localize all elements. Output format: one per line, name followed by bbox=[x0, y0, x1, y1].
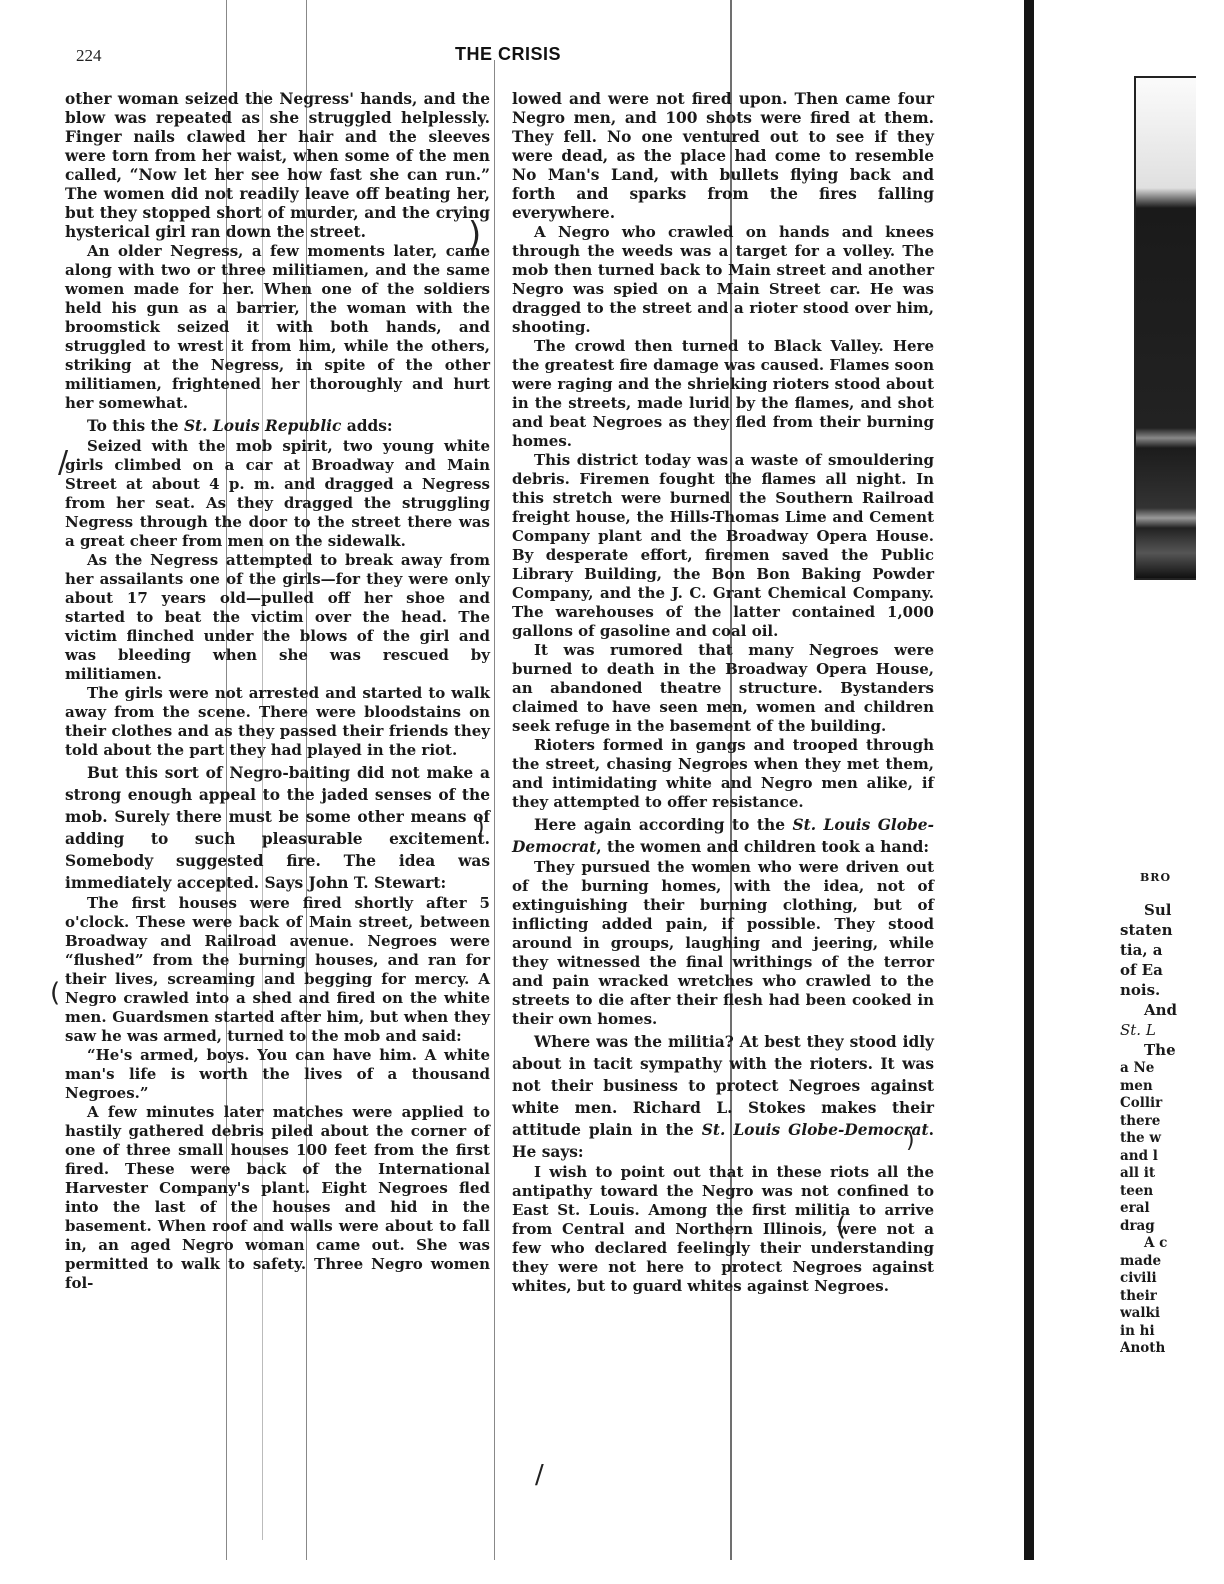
paragraph: A few minutes later matches were applied… bbox=[65, 1103, 490, 1293]
publication-title: St. Louis Republic bbox=[184, 417, 341, 435]
pen-mark: ) bbox=[906, 1128, 915, 1153]
text-fragment: of Ea bbox=[1120, 960, 1178, 980]
scan-artifact-line bbox=[494, 60, 495, 1560]
text-fragment: teen bbox=[1120, 1183, 1178, 1201]
text-fragment: walki bbox=[1120, 1305, 1178, 1323]
article-column-left: other woman seized the Negress' hands, a… bbox=[65, 90, 490, 1293]
text-fragment: civili bbox=[1120, 1270, 1178, 1288]
pen-mark: ( bbox=[50, 978, 60, 1008]
paragraph: It was rumored that many Negroes were bu… bbox=[512, 641, 934, 736]
pen-mark: ) bbox=[468, 215, 481, 255]
paragraph: They pursued the women who were driven o… bbox=[512, 858, 934, 1029]
adjacent-page-column: BRO Sulstatentia, aof Eanois.AndSt. LThe… bbox=[1120, 868, 1178, 1358]
text-fragment: tia, a bbox=[1120, 940, 1178, 960]
article-column-right: lowed and were not fired upon. Then came… bbox=[512, 90, 934, 1296]
text-fragment: A c bbox=[1120, 1235, 1178, 1253]
pen-mark: / bbox=[58, 445, 68, 480]
text-fragment: in hi bbox=[1120, 1323, 1178, 1341]
paragraph: Seized with the mob spirit, two young wh… bbox=[65, 437, 490, 551]
paragraph: Where was the militia? At best they stoo… bbox=[512, 1031, 934, 1163]
text-fragment: a Ne bbox=[1120, 1060, 1178, 1078]
paragraph: other woman seized the Negress' hands, a… bbox=[65, 90, 490, 242]
page-number: 224 bbox=[76, 46, 102, 66]
text-fragment: And bbox=[1120, 1000, 1178, 1020]
pen-mark: ) bbox=[476, 815, 485, 840]
paragraph: Here again according to the St. Louis Gl… bbox=[512, 814, 934, 858]
text-fragment: Anoth bbox=[1120, 1340, 1178, 1358]
text-fragment: nois. bbox=[1120, 980, 1178, 1000]
pen-mark: / bbox=[535, 1460, 544, 1490]
paragraph: Rioters formed in gangs and trooped thro… bbox=[512, 736, 934, 812]
text-fragment: The bbox=[1120, 1040, 1178, 1060]
adjacent-page-photo bbox=[1134, 76, 1196, 580]
text-fragment: eral bbox=[1120, 1200, 1178, 1218]
paragraph: The girls were not arrested and started … bbox=[65, 684, 490, 760]
paragraph: As the Negress attempted to break away f… bbox=[65, 551, 490, 684]
text-fragment: Collir bbox=[1120, 1095, 1178, 1113]
paragraph: This district today was a waste of smoul… bbox=[512, 451, 934, 641]
text-fragment: drag bbox=[1120, 1218, 1178, 1236]
text-fragment: made bbox=[1120, 1253, 1178, 1271]
paragraph: I wish to point out that in these riots … bbox=[512, 1163, 934, 1296]
photo-caption-fragment: BRO bbox=[1140, 868, 1178, 888]
paragraph: The crowd then turned to Black Valley. H… bbox=[512, 337, 934, 451]
text-fragment: St. L bbox=[1120, 1020, 1178, 1040]
paragraph: “He's armed, boys. You can have him. A w… bbox=[65, 1046, 490, 1103]
text-fragment: their bbox=[1120, 1288, 1178, 1306]
text-fragment: there bbox=[1120, 1113, 1178, 1131]
paragraph: But this sort of Negro-baiting did not m… bbox=[65, 762, 490, 894]
pen-mark: ( bbox=[836, 1212, 846, 1242]
text-fragment: the w bbox=[1120, 1130, 1178, 1148]
paragraph: To this the St. Louis Republic adds: bbox=[65, 415, 490, 437]
paragraph: The first houses were fired shortly afte… bbox=[65, 894, 490, 1046]
paragraph: lowed and were not fired upon. Then came… bbox=[512, 90, 934, 223]
text-fragment: Sul bbox=[1120, 900, 1178, 920]
paragraph: A Negro who crawled on hands and knees t… bbox=[512, 223, 934, 337]
text-fragment: men bbox=[1120, 1078, 1178, 1096]
text-fragment: and l bbox=[1120, 1148, 1178, 1166]
paragraph: An older Negress, a few moments later, c… bbox=[65, 242, 490, 413]
text-fragment: staten bbox=[1120, 920, 1178, 940]
page-gutter-shadow bbox=[1024, 0, 1034, 1560]
text-fragment: all it bbox=[1120, 1165, 1178, 1183]
publication-title: St. Louis Globe-Democrat bbox=[702, 1121, 929, 1139]
running-head-title: THE CRISIS bbox=[455, 44, 561, 65]
